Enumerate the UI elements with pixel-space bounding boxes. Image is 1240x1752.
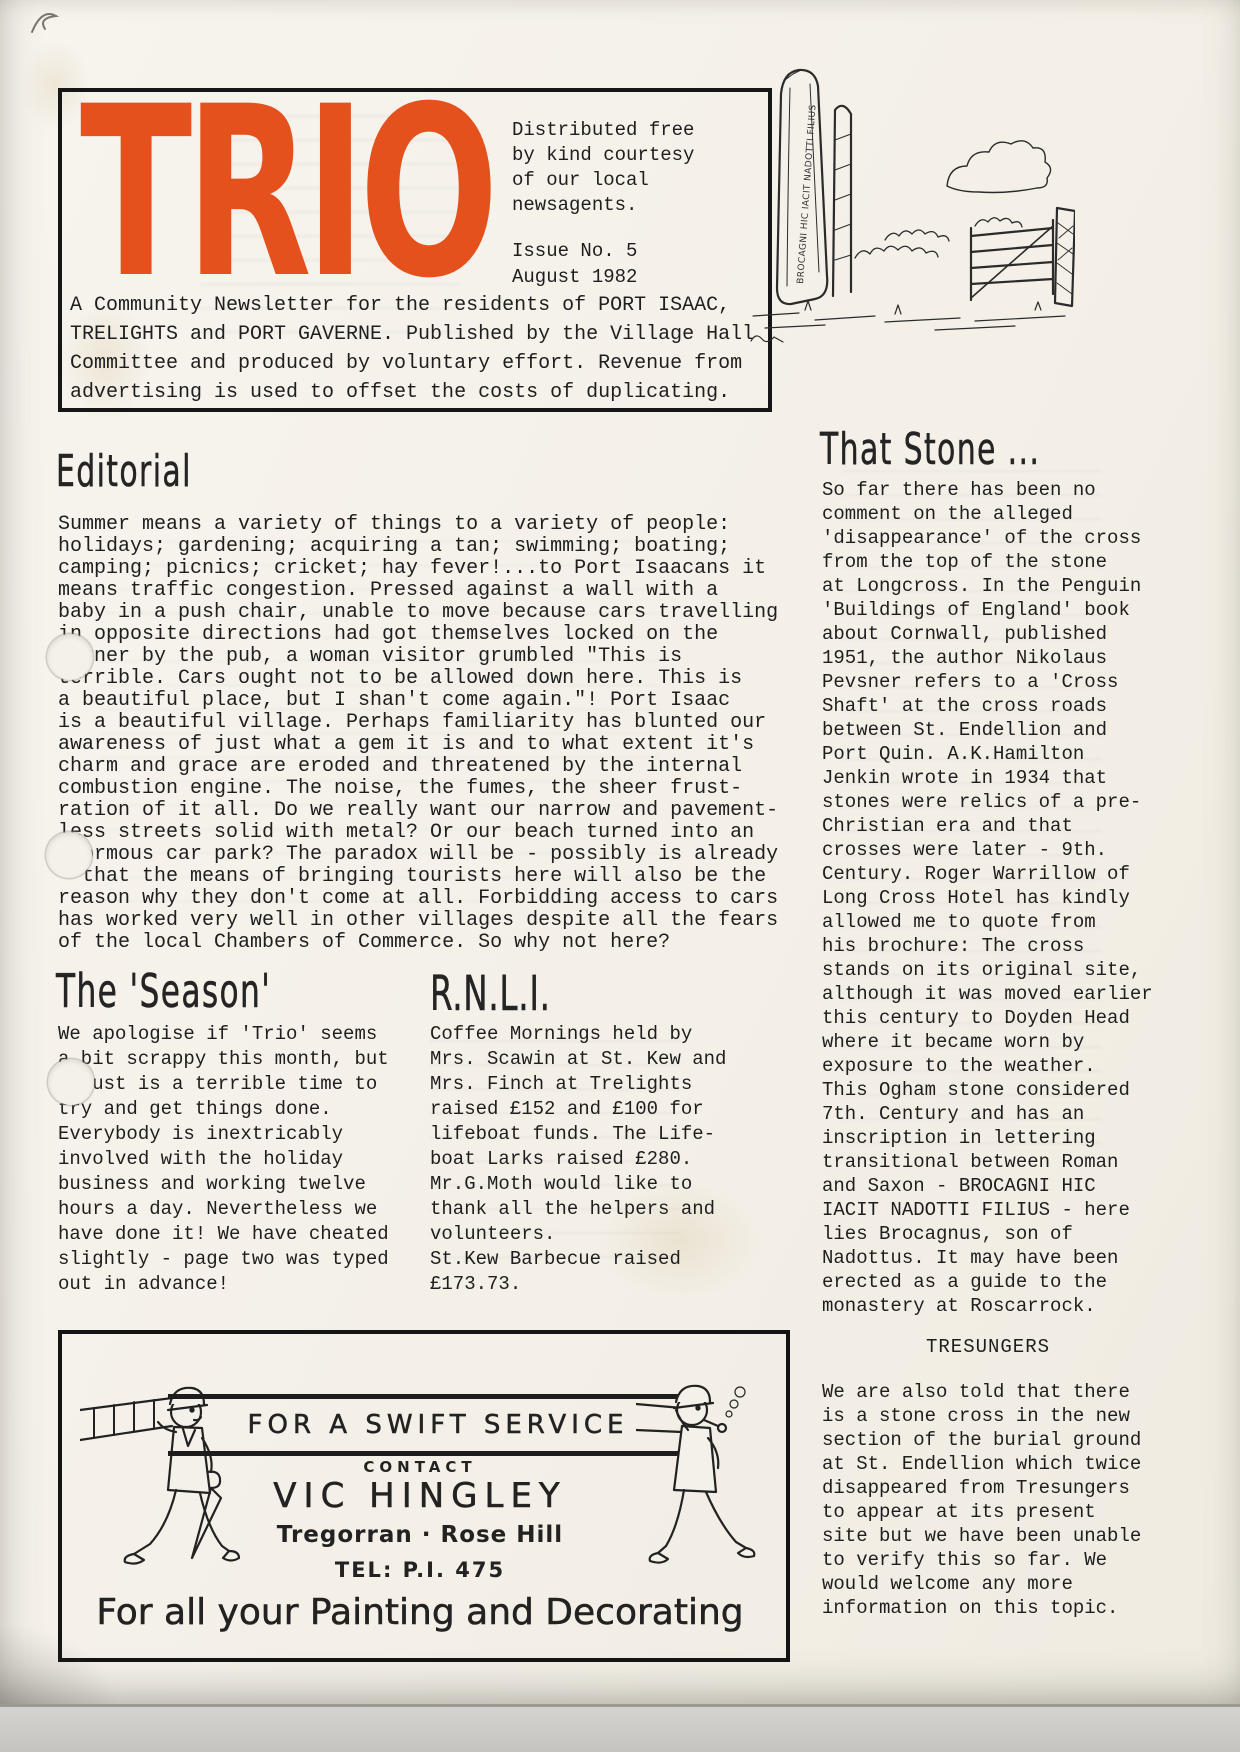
pen-mark — [26, 2, 70, 42]
season-heading: The 'Season' — [56, 968, 271, 1014]
season-body: We apologise if 'Trio' seems a bit scrap… — [58, 1022, 398, 1297]
advert-contact-label: CONTACT — [58, 1458, 782, 1476]
editorial-body: Summer means a variety of things to a va… — [58, 514, 782, 954]
editorial-heading: Editorial — [56, 450, 192, 494]
advert-tagline: For all your Painting and Decorating — [58, 1592, 782, 1633]
advert-banner: FOR A SWIFT SERVICE — [168, 1394, 708, 1456]
stone-sketch-illustration: BROCAGNI HIC IACIT NADOTTI FILIUS — [735, 58, 1075, 363]
flat-cap — [676, 1386, 710, 1402]
pipe — [704, 1387, 745, 1432]
issue-date: Issue No. 5 August 1982 — [512, 238, 762, 290]
advert-name: VIC HINGLEY — [58, 1476, 782, 1516]
that-stone-heading: That Stone ... — [820, 428, 1040, 472]
punch-hole — [46, 832, 92, 878]
tresungers-body: We are also told that there is a stone c… — [822, 1380, 1154, 1620]
gate-post — [833, 106, 851, 296]
punch-hole — [47, 634, 93, 680]
scanner-edge — [0, 1704, 1240, 1752]
ladder-end — [80, 1398, 172, 1440]
advert-phone: TEL: P.I. 475 — [58, 1558, 782, 1582]
shoe — [738, 1548, 754, 1557]
stone-gatepost — [1055, 208, 1075, 306]
hedge — [855, 218, 1022, 258]
ground-strokes — [753, 301, 1065, 330]
distribution-note: Distributed free by kind courtesy of our… — [512, 118, 762, 218]
artist-signature — [751, 336, 783, 342]
tresungers-subheading: TRESUNGERS — [822, 1336, 1154, 1358]
punch-hole — [48, 1059, 94, 1105]
newsletter-title: TRIO — [80, 76, 492, 311]
newsletter-page: TRIO Distributed free by kind courtesy o… — [0, 0, 1240, 1752]
rnli-heading: R.N.L.I. — [430, 970, 551, 1018]
trees — [947, 141, 1051, 193]
field-gate — [971, 220, 1053, 300]
rnli-body: Coffee Mornings held by Mrs. Scawin at S… — [430, 1022, 735, 1297]
advert-address: Tregorran · Rose Hill — [58, 1522, 782, 1548]
page-curl-shadow — [0, 1622, 120, 1712]
that-stone-body: So far there has been no comment on the … — [822, 478, 1154, 1318]
masthead-description: A Community Newsletter for the residents… — [70, 291, 766, 407]
